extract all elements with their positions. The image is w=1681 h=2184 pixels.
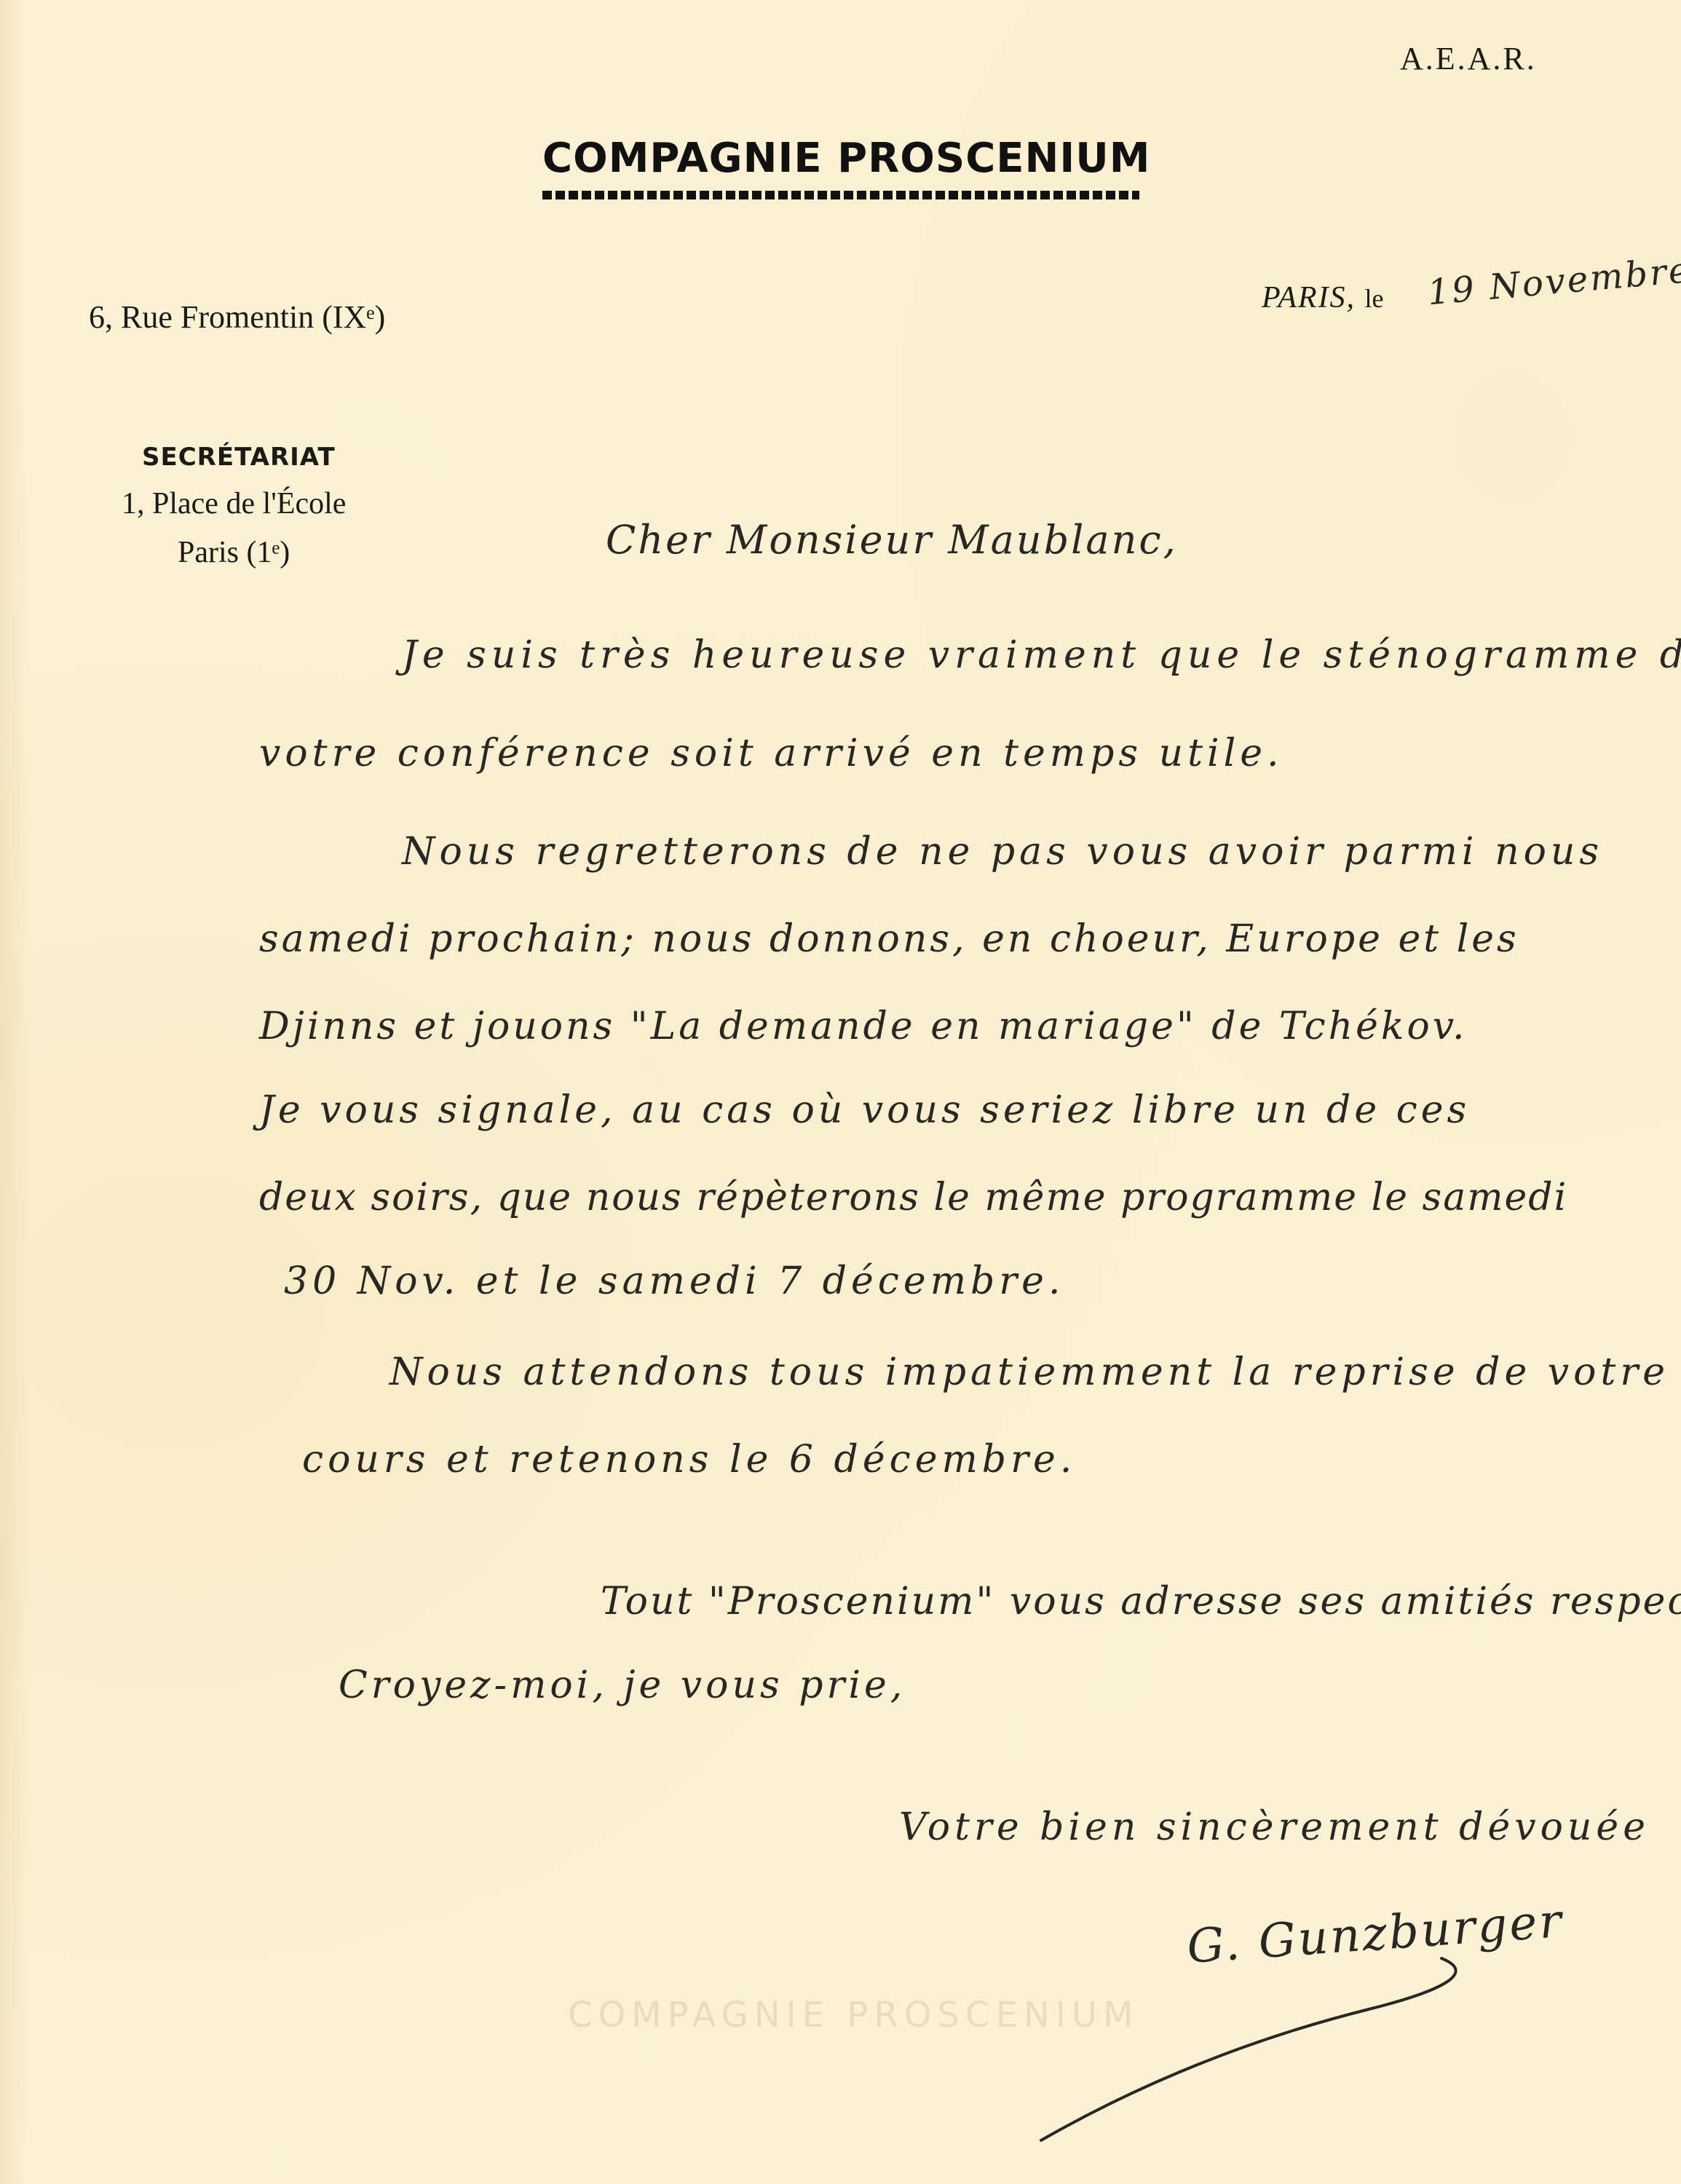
letter-line: samedi prochain; nous donnons, en choeur…	[259, 917, 1519, 961]
date-prefix: le	[1365, 284, 1384, 313]
letter-line: Je vous signale, au cas où vous seriez l…	[259, 1088, 1470, 1132]
letter-line: cours et retenons le 6 décembre.	[302, 1438, 1076, 1481]
place-label: PARIS,	[1262, 281, 1356, 314]
signature-flourish-icon	[1034, 1944, 1485, 2148]
letter-line: Djinns et jouons "La demande en mariage"…	[259, 1005, 1467, 1048]
date-place-label: PARIS, le	[1262, 280, 1384, 315]
handwritten-date: 19 Novembre 1935	[1426, 240, 1681, 314]
secretariat-address-line1: 1, Place de l'École	[122, 486, 346, 521]
letter-line: votre conférence soit arrivé en temps ut…	[259, 732, 1284, 775]
company-underline-divider	[542, 191, 1139, 199]
letter-line: 30 Nov. et le samedi 7 décembre.	[284, 1259, 1064, 1303]
corner-mark: A.E.A.R.	[1400, 40, 1537, 77]
letter-line: Croyez-moi, je vous prie,	[339, 1663, 906, 1707]
letter-line: Tout "Proscenium" vous adresse ses amiti…	[601, 1580, 1681, 1623]
secretariat-address-line2: Paris (1ᵉ)	[178, 535, 290, 570]
closing-line: Votre bien sincèrement dévouée	[899, 1805, 1650, 1849]
company-name: COMPAGNIE PROSCENIUM	[542, 135, 1150, 182]
letter-line: Je suis très heureuse vraiment que le st…	[402, 633, 1681, 677]
secretariat-title: SECRÉTARIAT	[142, 443, 336, 472]
company-address: 6, Rue Fromentin (IXᵉ)	[89, 298, 385, 336]
letter-line: deux soirs, que nous répèterons le même …	[259, 1176, 1567, 1219]
salutation: Cher Monsieur Maublanc,	[606, 517, 1178, 563]
letter-line: Nous regretterons de ne pas vous avoir p…	[402, 830, 1603, 874]
letter-line: Nous attendons tous impatiemment la repr…	[389, 1350, 1669, 1394]
